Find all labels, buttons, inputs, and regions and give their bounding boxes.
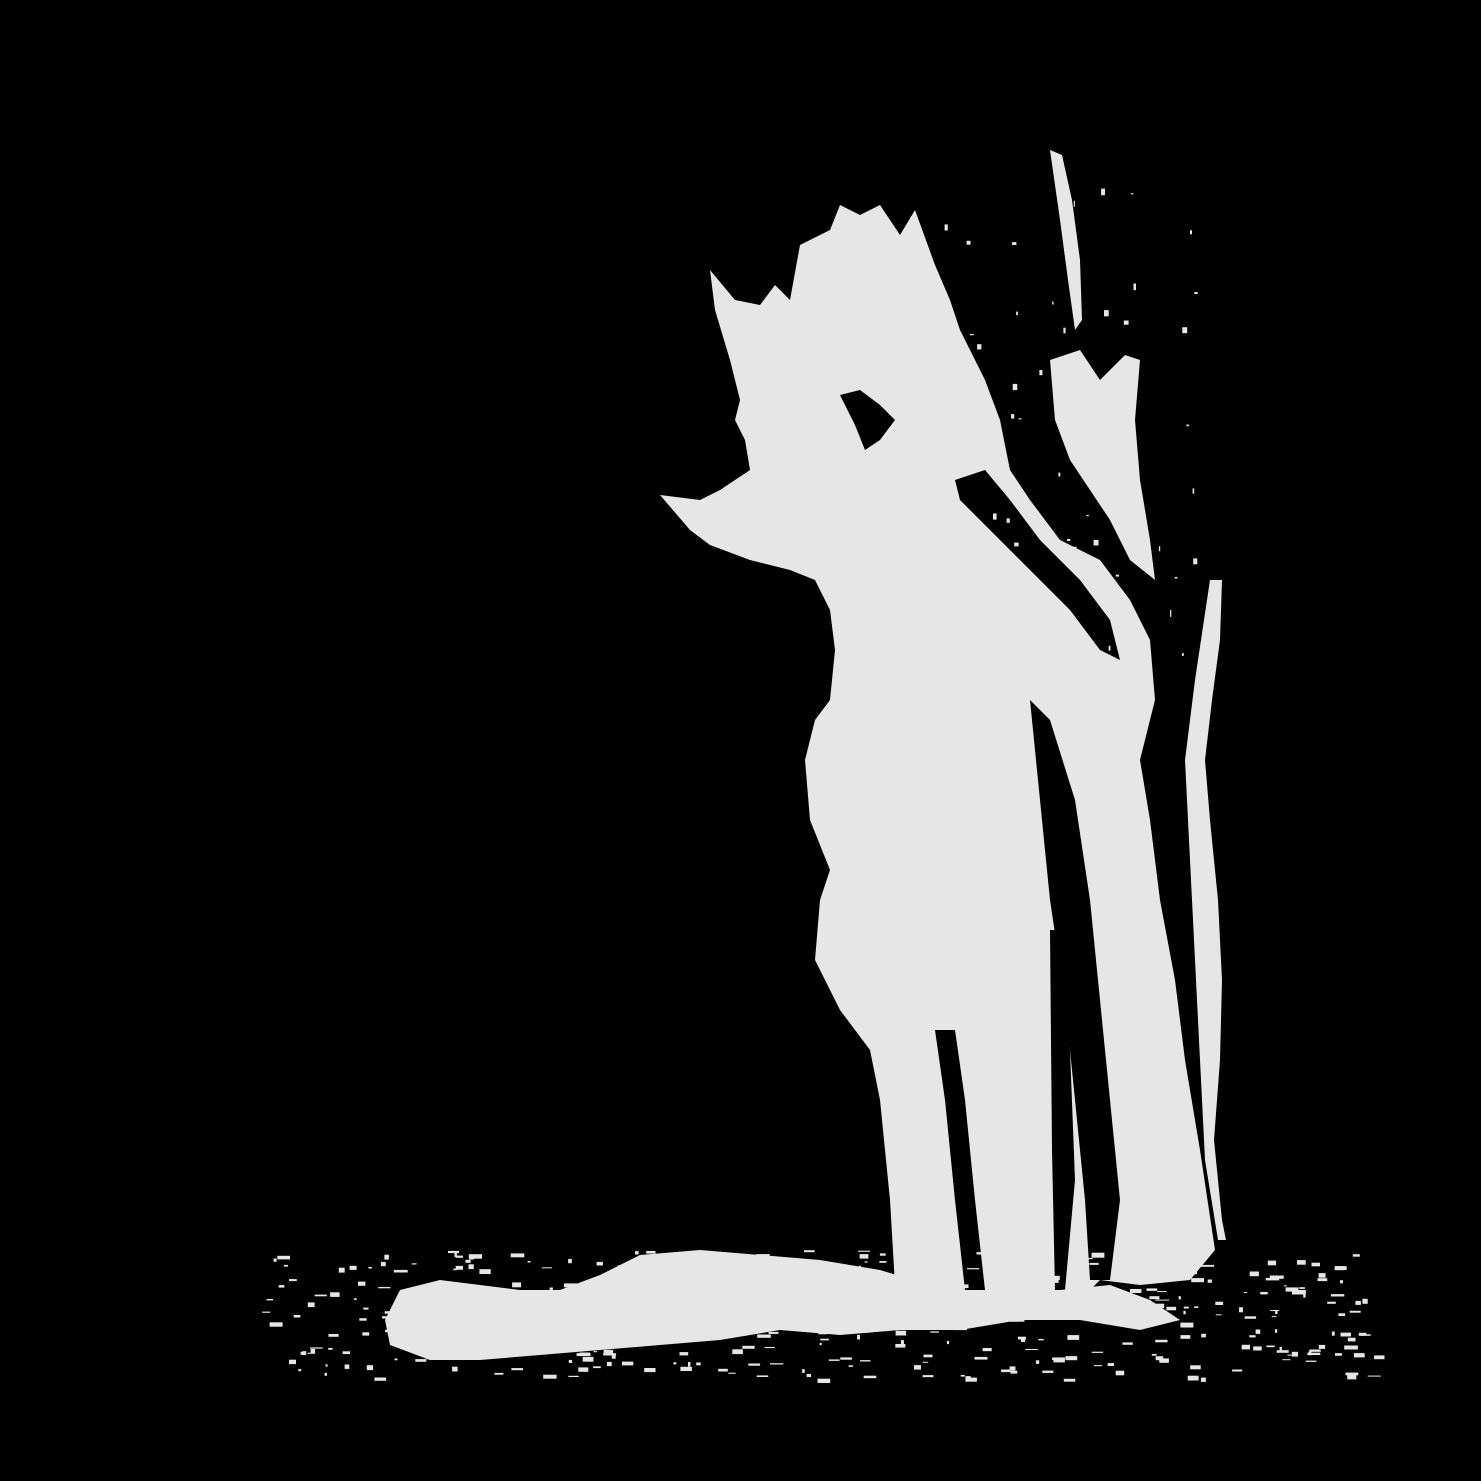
mask-canvas [0,0,1481,1481]
